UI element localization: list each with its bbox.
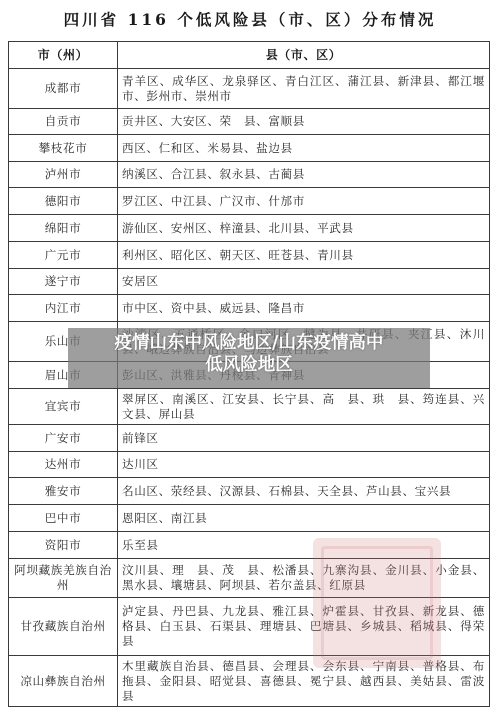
counties-cell: 西区、仁和区、米易县、盐边县 xyxy=(118,135,490,162)
table-row: 达州市达川区 xyxy=(9,452,490,478)
city-cell: 甘孜藏族自治州 xyxy=(9,598,118,656)
city-cell: 德阳市 xyxy=(9,188,118,215)
table-row: 广元市利州区、昭化区、朝天区、旺苍县、青川县 xyxy=(9,242,490,269)
counties-cell: 安居区 xyxy=(118,269,490,295)
caption-overlay-text: 疫情山东中风险地区/山东疫情高中低风险地区 xyxy=(68,332,430,376)
city-cell: 绵阳市 xyxy=(9,215,118,242)
header-city: 市（州） xyxy=(9,42,118,69)
counties-cell: 青羊区、成华区、龙泉驿区、青白江区、蒲江县、新津县、都江堰市、彭州市、崇州市 xyxy=(118,69,490,109)
city-cell: 资阳市 xyxy=(9,532,118,559)
counties-cell: 市中区、资中县、威远县、隆昌市 xyxy=(118,295,490,322)
city-cell: 广元市 xyxy=(9,242,118,269)
city-cell: 内江市 xyxy=(9,295,118,322)
table-row: 成都市青羊区、成华区、龙泉驿区、青白江区、蒲江县、新津县、都江堰市、彭州市、崇州… xyxy=(9,69,490,109)
table-row: 攀枝花市西区、仁和区、米易县、盐边县 xyxy=(9,135,490,162)
table-row: 遂宁市安居区 xyxy=(9,269,490,295)
table-row: 雅安市名山区、荥经县、汉源县、石棉县、天全县、芦山县、宝兴县 xyxy=(9,478,490,505)
table-row: 绵阳市游仙区、安州区、梓潼县、北川县、平武县 xyxy=(9,215,490,242)
table-row: 巴中市恩阳区、南江县 xyxy=(9,505,490,532)
table-row: 内江市市中区、资中县、威远县、隆昌市 xyxy=(9,295,490,322)
city-cell: 遂宁市 xyxy=(9,269,118,295)
city-cell: 宜宾市 xyxy=(9,389,118,425)
city-cell: 阿坝藏族羌族自治州 xyxy=(9,559,118,598)
city-cell: 攀枝花市 xyxy=(9,135,118,162)
table-row: 宜宾市翠屏区、南溪区、江安县、长宁县、高 县、珙 县、筠连县、兴文县、屏山县 xyxy=(9,389,490,425)
city-cell: 凉山彝族自治州 xyxy=(9,656,118,707)
city-cell: 成都市 xyxy=(9,69,118,109)
counties-cell: 利州区、昭化区、朝天区、旺苍县、青川县 xyxy=(118,242,490,269)
counties-cell: 罗江区、中江县、广汉市、什邡市 xyxy=(118,188,490,215)
counties-cell: 纳溪区、合江县、叙永县、古蔺县 xyxy=(118,162,490,188)
header-counties: 县（市、区） xyxy=(118,42,490,69)
city-cell: 广安市 xyxy=(9,425,118,452)
city-cell: 雅安市 xyxy=(9,478,118,505)
counties-cell: 前锋区 xyxy=(118,425,490,452)
city-cell: 巴中市 xyxy=(9,505,118,532)
counties-cell: 翠屏区、南溪区、江安县、长宁县、高 县、珙 县、筠连县、兴文县、屏山县 xyxy=(118,389,490,425)
table-row: 自贡市贡井区、大安区、荣 县、富顺县 xyxy=(9,109,490,135)
counties-cell: 名山区、荥经县、汉源县、石棉县、天全县、芦山县、宝兴县 xyxy=(118,478,490,505)
city-cell: 泸州市 xyxy=(9,162,118,188)
table-header-row: 市（州） 县（市、区） xyxy=(9,42,490,69)
counties-cell: 恩阳区、南江县 xyxy=(118,505,490,532)
seal-border xyxy=(321,546,433,660)
table-row: 泸州市纳溪区、合江县、叙永县、古蔺县 xyxy=(9,162,490,188)
counties-cell: 贡井区、大安区、荣 县、富顺县 xyxy=(118,109,490,135)
table-row: 广安市前锋区 xyxy=(9,425,490,452)
document-title: 四川省 116 个低风险县（市、区）分布情况 xyxy=(0,8,500,30)
seal-watermark xyxy=(313,538,441,668)
table-row: 德阳市罗江区、中江县、广汉市、什邡市 xyxy=(9,188,490,215)
counties-cell: 达川区 xyxy=(118,452,490,478)
city-cell: 自贡市 xyxy=(9,109,118,135)
counties-cell: 游仙区、安州区、梓潼县、北川县、平武县 xyxy=(118,215,490,242)
city-cell: 达州市 xyxy=(9,452,118,478)
